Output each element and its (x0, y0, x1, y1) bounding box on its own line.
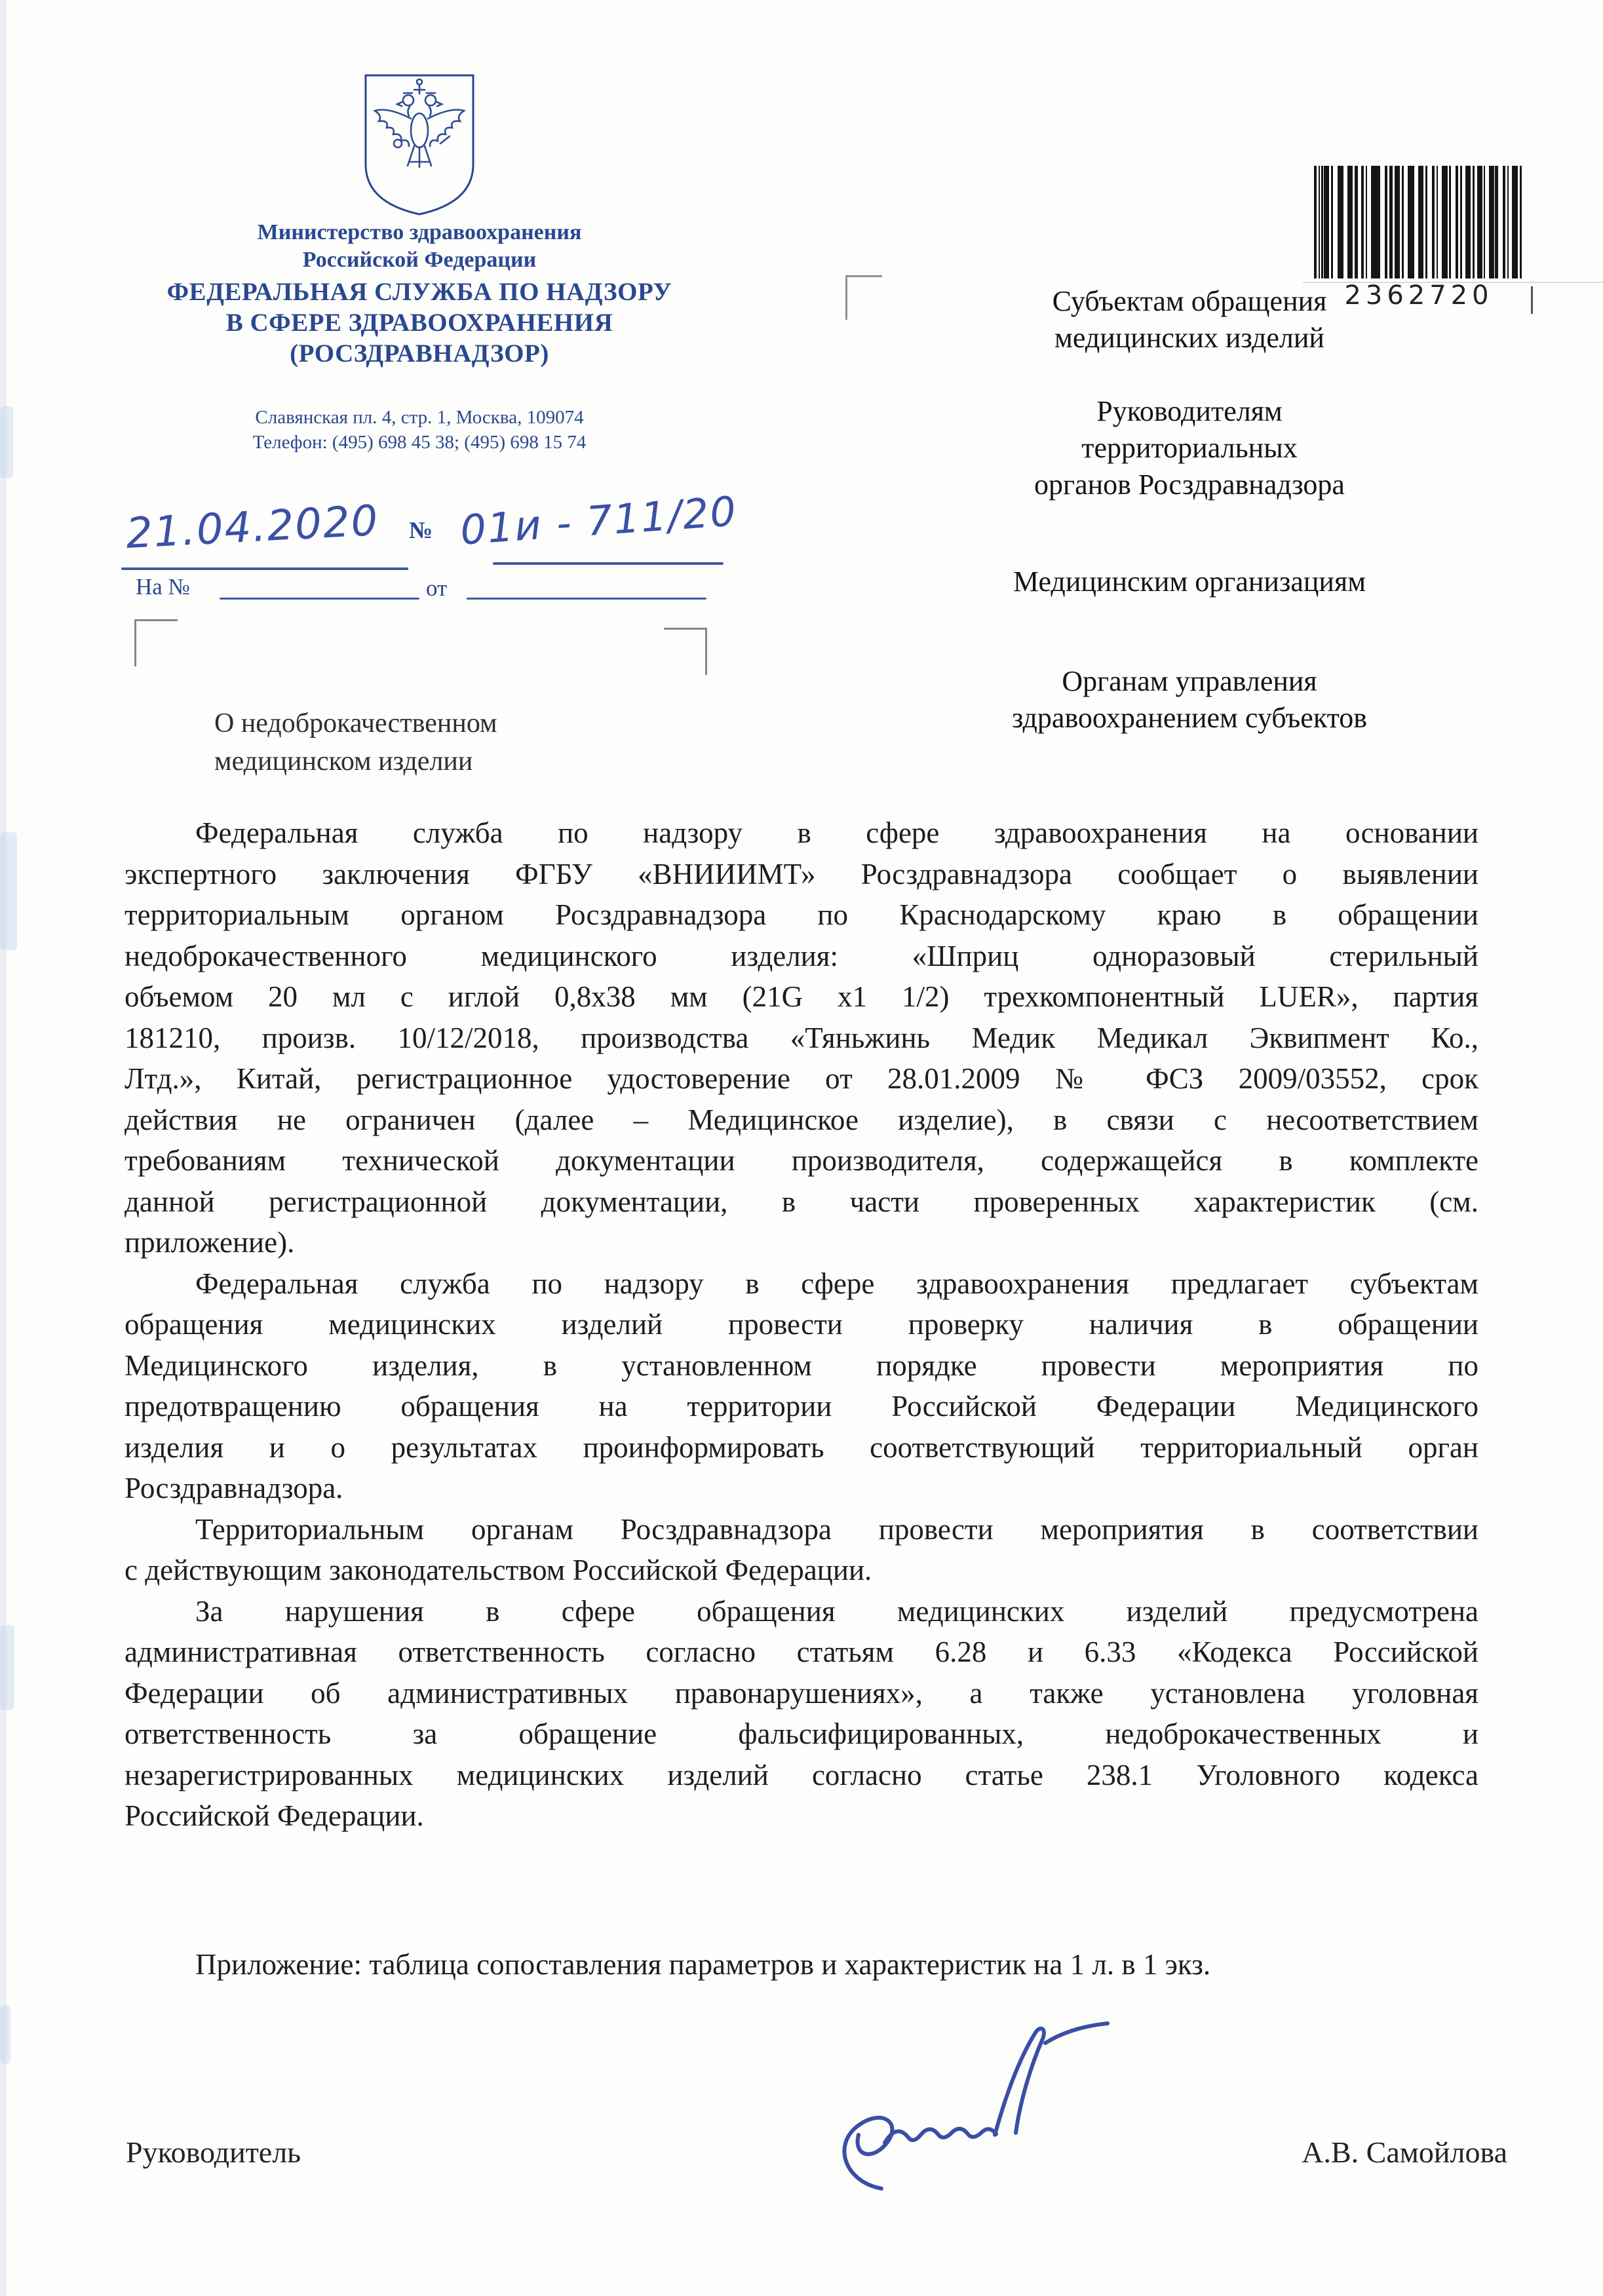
barcode (1314, 166, 1524, 278)
scanned-letter-page: Министерство здравоохранения Российской … (0, 0, 1603, 2296)
recipient-group: Органам управления здравоохранением субъ… (950, 663, 1429, 737)
scan-smudge (0, 2005, 10, 2064)
coat-of-arms-icon (362, 72, 477, 218)
crop-mark (845, 275, 882, 277)
scan-smudge (0, 1625, 14, 1710)
crop-mark (705, 628, 707, 675)
crop-mark (845, 275, 847, 320)
ministry-name: Министерство здравоохранения Российской … (98, 219, 741, 274)
date-blank-line (121, 567, 408, 570)
scan-smudge (0, 832, 17, 950)
letter-subject: О недоброкачественном медицинском издели… (214, 704, 686, 780)
body-paragraph: Федеральная служба по надзору в сфере зд… (125, 813, 1478, 1263)
scan-smudge (0, 406, 13, 478)
reply-from-label: от (426, 575, 447, 602)
scan-edge-tint (0, 0, 7, 2296)
recipient-group: Руководителям территориальных органов Ро… (950, 393, 1429, 503)
reply-number-blank-line (220, 598, 419, 600)
reply-date-blank-line (467, 598, 706, 600)
crop-mark (664, 628, 707, 630)
recipient-group: Субъектам обращения медицинских изделий (950, 283, 1429, 356)
recipient-group: Медицинским организациям (950, 564, 1429, 600)
body-paragraph: Федеральная служба по надзору в сфере зд… (125, 1263, 1478, 1509)
signer-position: Руководитель (126, 2135, 301, 2170)
crop-mark (134, 619, 178, 621)
reply-number-label: На № (136, 574, 190, 600)
service-name: ФЕДЕРАЛЬНАЯ СЛУЖБА ПО НАДЗОРУ В СФЕРЕ ЗД… (98, 277, 741, 369)
letterhead-address: Славянская пл. 4, стр. 1, Москва, 109074… (98, 405, 741, 455)
number-sign-label: № (409, 516, 433, 544)
handwritten-outgoing-number: 01и - 711/20 (459, 487, 739, 554)
letter-body: Федеральная служба по надзору в сфере зд… (125, 813, 1478, 1837)
body-paragraph: За нарушения в сфере обращения медицинск… (125, 1591, 1478, 1837)
signer-name: А.В. Самойлова (1245, 2135, 1507, 2170)
crop-mark (1531, 286, 1533, 314)
signature-icon (819, 1992, 1199, 2228)
crop-mark (134, 619, 136, 666)
attachment-note: Приложение: таблица сопоставления параме… (125, 1947, 1478, 1981)
body-paragraph: Территориальным органам Росздравнадзора … (125, 1509, 1478, 1591)
handwritten-date: 21.04.2020 (125, 497, 380, 558)
number-blank-line (493, 562, 724, 565)
